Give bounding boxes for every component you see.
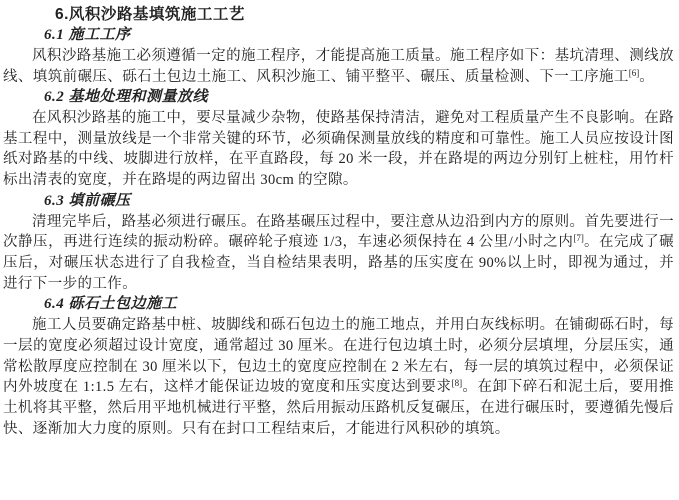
section-heading-6-2: 6.2 基地处理和测量放线 xyxy=(44,87,674,108)
section-pre-fill-rolling: 6.3 填前碾压 清理完毕后，路基必须进行碾压。在路基碾压过程中，要注意从边沿到… xyxy=(3,191,674,295)
section-gravel-soil-edging: 6.4 砾石土包边施工 施工人员要确定路基中桩、坡脚线和砾石包边土的施工地点，并… xyxy=(3,294,674,439)
citation-ref-6: [6] xyxy=(629,68,640,78)
section-construction-procedure: 6.1 施工工序 风积沙路基施工必须遵循一定的施工程序，才能提高施工质量。施工程… xyxy=(3,25,674,87)
paragraph-text: 在风积沙路基的施工中，要尽量减少杂物，使路基保持清洁，避免对工程质量产生不良影响… xyxy=(3,110,674,188)
section-heading-6-3: 6.3 填前碾压 xyxy=(44,191,674,212)
paragraph-text-after: 。 xyxy=(639,69,654,85)
paragraph-6-2: 在风积沙路基的施工中，要尽量减少杂物，使路基保持清洁，避免对工程质量产生不良影响… xyxy=(3,108,674,191)
paragraph-text: 风积沙路基施工必须遵循一定的施工程序，才能提高施工质量。施工程序如下：基坑清理、… xyxy=(3,48,674,85)
section-base-treatment-survey: 6.2 基地处理和测量放线 在风积沙路基的施工中，要尽量减少杂物，使路基保持清洁… xyxy=(3,87,674,191)
section-heading-6-4: 6.4 砾石土包边施工 xyxy=(44,294,674,315)
paragraph-text: 清理完毕后，路基必须进行碾压。在路基碾压过程中，要注意从边沿到内方的原则。首先要… xyxy=(3,214,674,251)
document-title: 6.风积沙路基填筑施工工艺 xyxy=(55,4,674,25)
paragraph-6-4: 施工人员要确定路基中桩、坡脚线和砾石包边土的施工地点，并用白灰线标明。在铺砌砾石… xyxy=(3,315,674,439)
citation-ref-7: [7] xyxy=(573,233,584,243)
paragraph-6-3: 清理完毕后，路基必须进行碾压。在路基碾压过程中，要注意从边沿到内方的原则。首先要… xyxy=(3,212,674,295)
document-page: 6.风积沙路基填筑施工工艺 6.1 施工工序 风积沙路基施工必须遵循一定的施工程… xyxy=(0,0,679,439)
citation-ref-8: [8] xyxy=(452,378,463,388)
section-heading-6-1: 6.1 施工工序 xyxy=(44,25,674,46)
paragraph-6-1: 风积沙路基施工必须遵循一定的施工程序，才能提高施工质量。施工程序如下：基坑清理、… xyxy=(3,46,674,87)
